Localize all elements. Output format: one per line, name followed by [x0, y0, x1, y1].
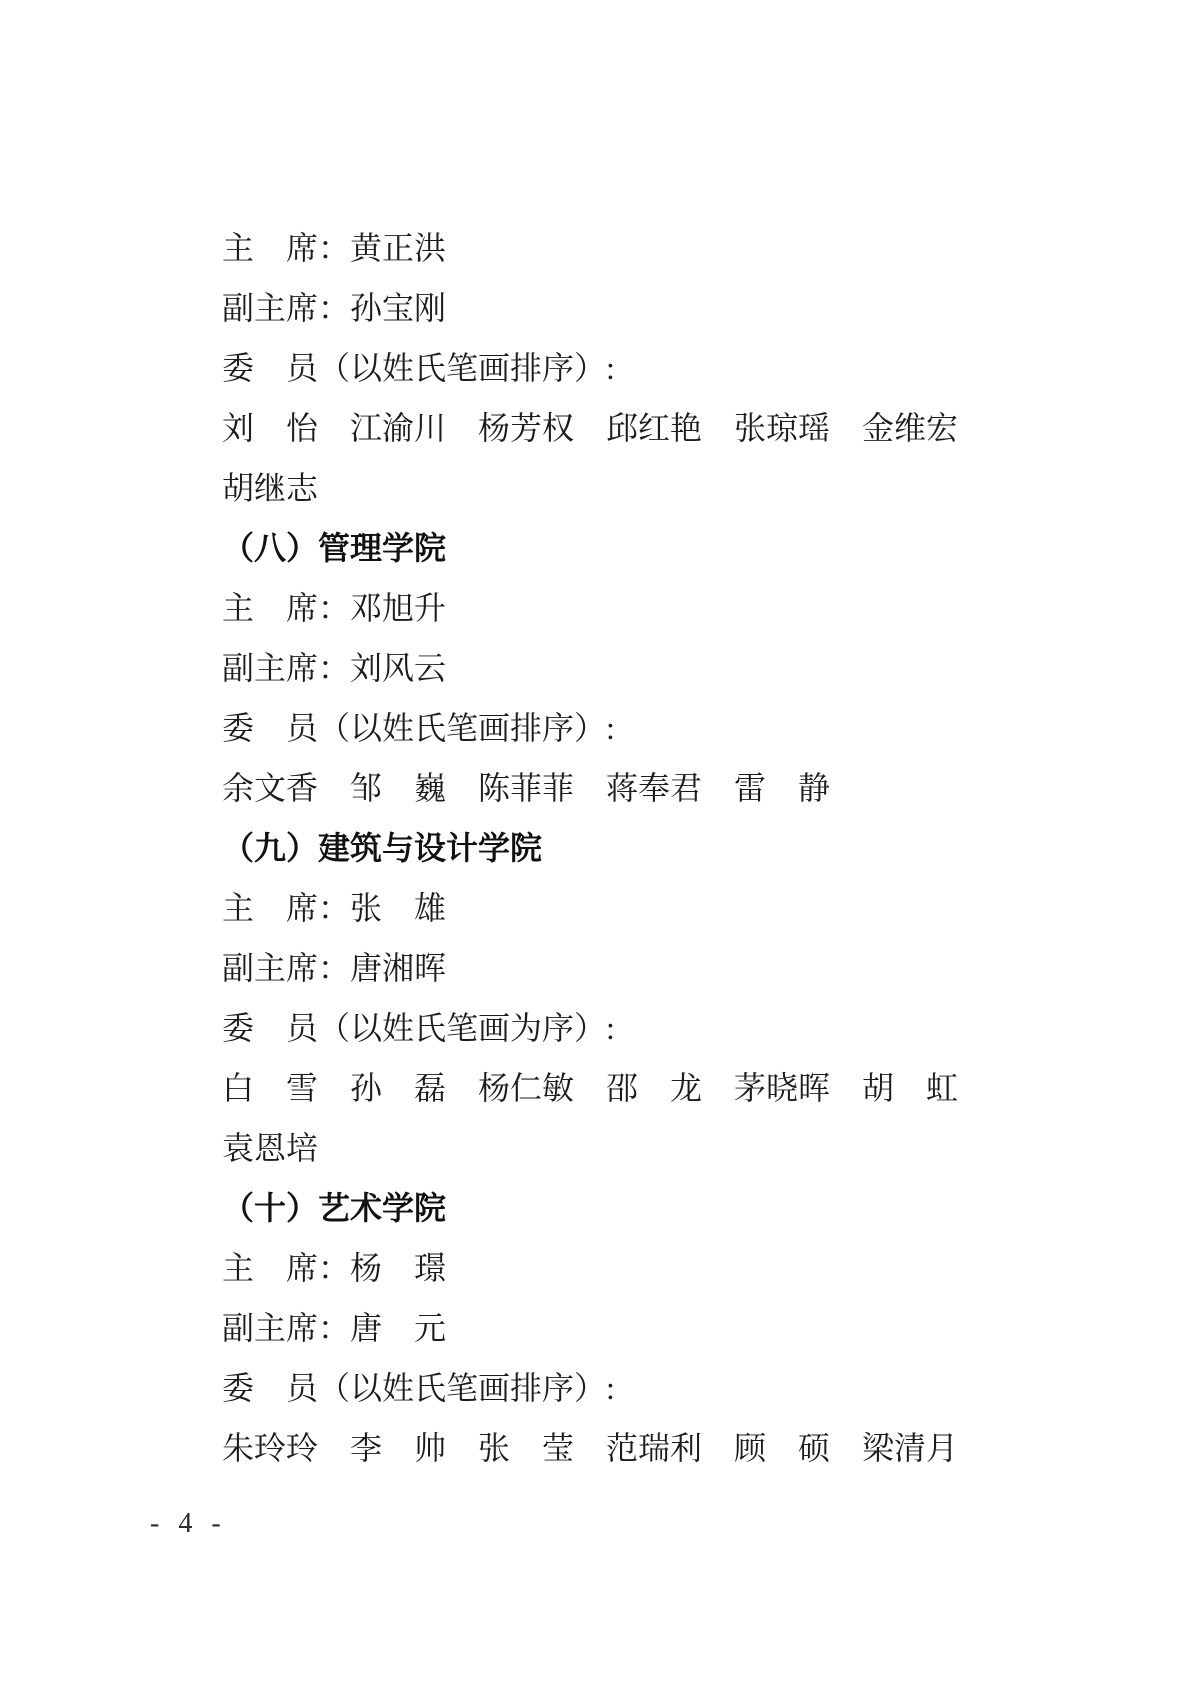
members-label-line: 委 员（以姓氏笔画排序）: [222, 338, 982, 398]
members-label-line: 委 员（以姓氏笔画排序）: [222, 698, 982, 758]
person-name: 刘风云 [350, 650, 446, 686]
role-label: 副主席： [222, 950, 350, 986]
person-name: 杨 璟 [350, 1250, 446, 1286]
role-label: 主 席： [222, 590, 350, 626]
role-label: 副主席： [222, 650, 350, 686]
section-heading: （十）艺术学院 [222, 1178, 982, 1238]
person-name: 张 雄 [350, 890, 446, 926]
chair-line: 主 席：黄正洪 [222, 218, 982, 278]
person-name: 黄正洪 [350, 230, 446, 266]
vice-chair-line: 副主席：唐 元 [222, 1298, 982, 1358]
members-label-line: 委 员（以姓氏笔画为序）: [222, 998, 982, 1058]
member-names-line: 刘 怡 江渝川 杨芳权 邱红艳 张琼瑶 金维宏 [222, 398, 982, 458]
person-name: 唐湘晖 [350, 950, 446, 986]
chair-line: 主 席：邓旭升 [222, 578, 982, 638]
role-label: 副主席： [222, 290, 350, 326]
page-number: - 4 - [150, 1506, 227, 1542]
vice-chair-line: 副主席：刘风云 [222, 638, 982, 698]
member-names-line: 余文香 邹 巍 陈菲菲 蒋奉君 雷 静 [222, 758, 982, 818]
vice-chair-line: 副主席：孙宝刚 [222, 278, 982, 338]
role-label: 主 席： [222, 230, 350, 266]
section-heading: （八）管理学院 [222, 518, 982, 578]
person-name: 孙宝刚 [350, 290, 446, 326]
section-heading: （九）建筑与设计学院 [222, 818, 982, 878]
vice-chair-line: 副主席：唐湘晖 [222, 938, 982, 998]
document-page: 主 席：黄正洪 副主席：孙宝刚 委 员（以姓氏笔画排序）: 刘 怡 江渝川 杨芳… [0, 0, 1191, 1684]
members-label-line: 委 员（以姓氏笔画排序）: [222, 1358, 982, 1418]
document-body: 主 席：黄正洪 副主席：孙宝刚 委 员（以姓氏笔画排序）: 刘 怡 江渝川 杨芳… [222, 218, 982, 1478]
member-names-line: 袁恩培 [222, 1118, 982, 1178]
role-label: 副主席： [222, 1310, 350, 1346]
role-label: 主 席： [222, 890, 350, 926]
person-name: 唐 元 [350, 1310, 446, 1346]
chair-line: 主 席：杨 璟 [222, 1238, 982, 1298]
member-names-line: 白 雪 孙 磊 杨仁敏 邵 龙 茅晓晖 胡 虹 [222, 1058, 982, 1118]
member-names-line: 胡继志 [222, 458, 982, 518]
member-names-line: 朱玲玲 李 帅 张 莹 范瑞利 顾 硕 梁清月 [222, 1418, 982, 1478]
role-label: 主 席： [222, 1250, 350, 1286]
chair-line: 主 席：张 雄 [222, 878, 982, 938]
person-name: 邓旭升 [350, 590, 446, 626]
